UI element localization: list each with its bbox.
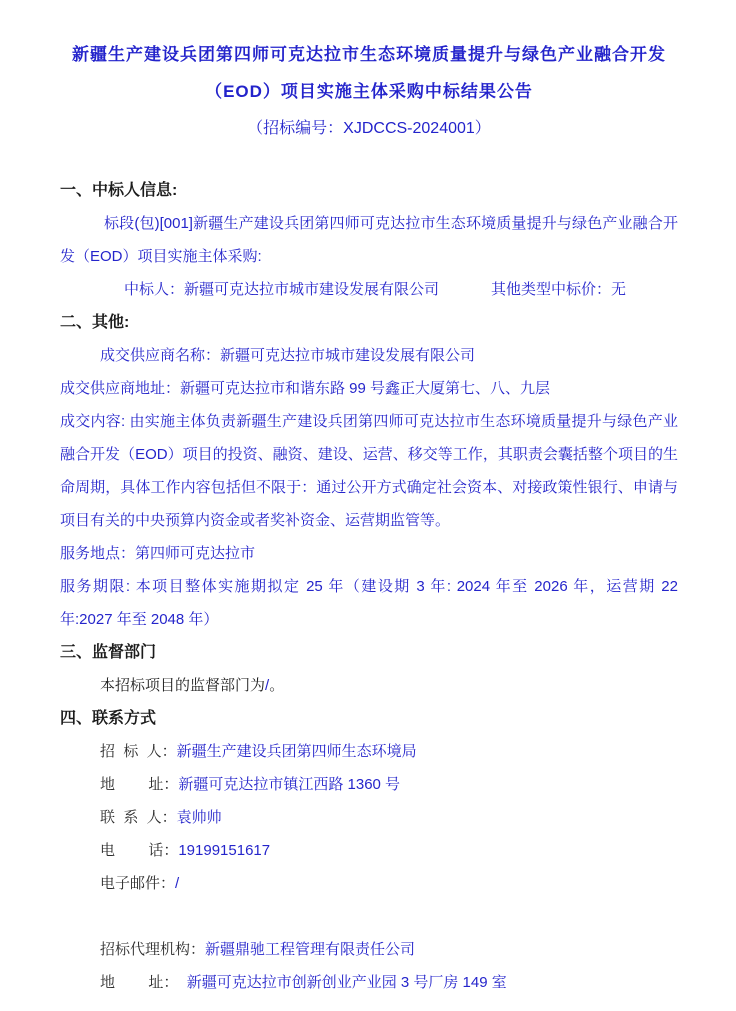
- supervision-body-suffix: 。: [269, 677, 284, 694]
- agency-label: 招标代理机构：: [100, 941, 205, 958]
- winner-value: 新疆可克达拉市城市建设发展有限公司: [184, 281, 439, 298]
- contact-row-tenderer: 招 标 人：新疆生产建设兵团第四师生态环境局: [60, 735, 678, 768]
- section-heading-other: 二、其他:: [60, 306, 678, 339]
- phone-label: 电 话：: [100, 842, 178, 859]
- contact-person-value: 袁帅帅: [177, 809, 222, 826]
- address-value: 新疆可克达拉市镇江西路 1360 号: [178, 776, 400, 793]
- tenderer-label: 招 标 人：: [100, 743, 177, 760]
- section-heading-supervision: 三、监督部门: [60, 636, 678, 669]
- winner-line: 中标人：新疆可克达拉市城市建设发展有限公司其他类型中标价：无: [60, 273, 678, 306]
- phone-value: 19199151617: [178, 842, 270, 859]
- supervision-body-line: 本招标项目的监督部门为/。: [60, 669, 678, 702]
- email-value: /: [175, 875, 179, 892]
- document-title-line-1: 新疆生产建设兵团第四师可克达拉市生态环境质量提升与绿色产业融合开发: [60, 36, 678, 73]
- other-price-label: 其他类型中标价：: [491, 281, 611, 298]
- supplier-address-line: 成交供应商地址：新疆可克达拉市和谐东路 99 号鑫正大厦第七、八、九层: [60, 372, 678, 405]
- document-body: 一、中标人信息: 标段(包)[001]新疆生产建设兵团第四师可克达拉市生态环境质…: [60, 174, 678, 999]
- section-heading-winner-info: 一、中标人信息:: [60, 174, 678, 207]
- spacer-line: [60, 900, 678, 933]
- winner-label: 中标人：: [124, 281, 184, 298]
- contact-row-agency-address: 地 址： 新疆可克达拉市创新创业产业园 3 号厂房 149 室: [60, 966, 678, 999]
- supplier-name-line: 成交供应商名称：新疆可克达拉市城市建设发展有限公司: [60, 339, 678, 372]
- service-location-line: 服务地点：第四师可克达拉市: [60, 537, 678, 570]
- document-title: 新疆生产建设兵团第四师可克达拉市生态环境质量提升与绿色产业融合开发 （EOD）项…: [60, 36, 678, 147]
- email-label: 电子邮件：: [100, 875, 175, 892]
- agency-value: 新疆鼎驰工程管理有限责任公司: [205, 941, 415, 958]
- contact-person-label: 联 系 人：: [100, 809, 177, 826]
- agency-address-label: 地 址：: [100, 974, 187, 991]
- contact-row-phone: 电 话：19199151617: [60, 834, 678, 867]
- service-period-paragraph: 服务期限: 本项目整体实施期拟定 25 年（建设期 3 年: 2024 年至 2…: [60, 570, 678, 636]
- tender-number-line: （招标编号：XJDCCS-2024001）: [60, 110, 678, 147]
- document-page: 新疆生产建设兵团第四师可克达拉市生态环境质量提升与绿色产业融合开发 （EOD）项…: [0, 0, 736, 1011]
- agency-address-value: 新疆可克达拉市创新创业产业园 3 号厂房 149 室: [187, 974, 507, 991]
- contact-row-address: 地 址：新疆可克达拉市镇江西路 1360 号: [60, 768, 678, 801]
- lot-paragraph: 标段(包)[001]新疆生产建设兵团第四师可克达拉市生态环境质量提升与绿色产业融…: [60, 207, 678, 273]
- contact-row-email: 电子邮件：/: [60, 867, 678, 900]
- document-title-line-2: （EOD）项目实施主体采购中标结果公告: [60, 73, 678, 110]
- contact-row-person: 联 系 人：袁帅帅: [60, 801, 678, 834]
- section-heading-contact: 四、联系方式: [60, 702, 678, 735]
- supervision-body-prefix: 本招标项目的监督部门为: [100, 677, 265, 694]
- deal-content-paragraph: 成交内容: 由实施主体负责新疆生产建设兵团第四师可克达拉市生态环境质量提升与绿色…: [60, 405, 678, 537]
- contact-row-agency: 招标代理机构：新疆鼎驰工程管理有限责任公司: [60, 933, 678, 966]
- address-label: 地 址：: [100, 776, 178, 793]
- other-price-value: 无: [611, 281, 626, 298]
- tenderer-value: 新疆生产建设兵团第四师生态环境局: [177, 743, 417, 760]
